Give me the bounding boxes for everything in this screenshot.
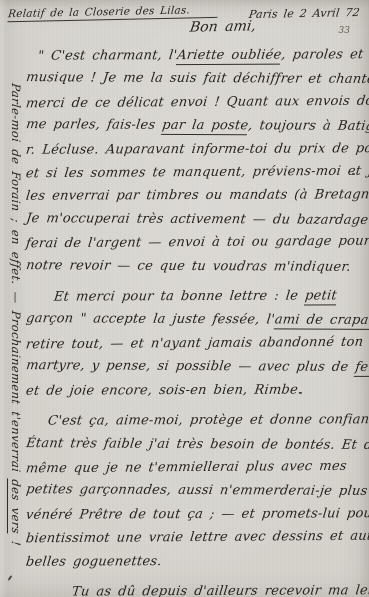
handwritten-line: les enverrai par timbres ou mandats (à B…: [25, 184, 369, 209]
handwritten-line: même que je ne t'emmiellerai plus avec m…: [24, 455, 369, 481]
text-segment: petites garçonnades, aussi n'emmerderai-…: [25, 482, 369, 499]
handwritten-line: belles goguenettes.: [25, 549, 369, 574]
paragraph: " C'est charmant, l'Ariette oubliée, par…: [26, 44, 369, 278]
text-segment: retire tout, — et n'ayant jamais abandon…: [25, 335, 364, 353]
text-segment: ferai de l'argent — envoi à toi ou garda…: [25, 234, 369, 252]
handwritten-line: et de joie encore, sois-en bien, Rimbe.: [25, 378, 369, 403]
text-segment: Tu as dû depuis d'ailleurs recevoir ma l…: [71, 583, 369, 597]
handwritten-line: musique ! Je me la suis fait déchiffrer …: [25, 67, 369, 92]
text-segment: Étant très faible j'ai très besoin de bo…: [25, 436, 369, 453]
handwritten-line: ferai de l'argent — envoi à toi ou garda…: [24, 230, 369, 256]
text-segment: Et merci pour ta bonne lettre : le: [53, 289, 306, 305]
text-segment: , paroles et: [281, 47, 365, 62]
text-segment: bientissimot une vraie lettre avec dessi…: [25, 529, 369, 547]
handwritten-line: notre revoir — ce que tu voudras m'indiq…: [25, 254, 369, 279]
text-segment: notre revoir — ce que tu voudras m'indiq…: [25, 258, 352, 275]
header-annotation: Relatif de la Closerie des Lilas.: [8, 3, 219, 23]
ink-speck: [352, 173, 355, 175]
handwritten-line: retire tout, — et n'ayant jamais abandon…: [24, 331, 369, 357]
handwritten-line: Je m'occuperai très activement — du baza…: [25, 207, 369, 232]
text-segment: les enverrai par timbres ou mandats (à B…: [25, 188, 369, 205]
paragraph: Et merci pour ta bonne lettre : le petit…: [26, 285, 369, 402]
underlined-phrase: Ariette oubliée: [176, 48, 282, 65]
handwritten-line: C'est ça, aime-moi, protège et donne con…: [25, 408, 369, 433]
margin-note-text: !: [9, 533, 23, 547]
handwritten-line: " C'est charmant, l'Ariette oubliée, par…: [25, 43, 369, 68]
handwritten-line: et si les sommes te manquent, préviens-m…: [24, 160, 369, 186]
handwritten-line: me parles, fais-les par la poste, toujou…: [25, 113, 369, 138]
text-segment: vénéré Prêtre de tout ça ; — et promets-…: [25, 506, 369, 523]
text-segment: et de joie encore, sois-en bien, Rimbe.: [25, 382, 303, 398]
handwritten-line: Tu as dû depuis d'ailleurs recevoir ma l…: [25, 579, 369, 597]
text-segment: Je m'occuperai très activement — du baza…: [25, 211, 369, 228]
handwritten-line: merci de ce délicat envoi ! Quant aux en…: [24, 89, 369, 115]
text-segment: r. Lécluse. Auparavant informe-toi du pr…: [25, 141, 369, 158]
ink-speck: [300, 392, 302, 394]
text-segment: belles goguenettes.: [25, 554, 162, 570]
header-annotation-text: Relatif de la Closerie des Lilas.: [8, 4, 219, 22]
underlined-phrase: par la poste: [161, 118, 249, 135]
paragraph: C'est ça, aime-moi, protège et donne con…: [26, 409, 369, 573]
page-number: 33: [339, 26, 350, 36]
text-segment: musique ! Je me la suis fait déchiffrer …: [25, 71, 369, 88]
handwritten-line: Et merci pour ta bonne lettre : le petit: [25, 284, 369, 309]
handwritten-line: petites garçonnades, aussi n'emmerderai-…: [25, 478, 369, 503]
handwritten-line: vénéré Prêtre de tout ça ; — et promets-…: [25, 502, 369, 527]
text-segment: merci de ce délicat envoi ! Quant aux en…: [25, 93, 369, 111]
margin-note-text: Parle-moi de Forain ; en effet. — Procha…: [9, 83, 23, 481]
text-segment: et si les sommes te manquent, préviens-m…: [25, 163, 369, 181]
text-segment: martyre, y pense, si possible — avec plu…: [25, 358, 356, 375]
underlined-phrase: ami de crapauds: [274, 313, 369, 330]
dateline: Paris le 2 Avril 72: [248, 6, 361, 21]
underlined-phrase: des vers: [8, 479, 24, 535]
text-segment: même que je ne t'emmiellerai plus avec m…: [25, 459, 348, 477]
text-segment: me parles, fais-les: [25, 117, 163, 133]
underlined-phrase: petit: [304, 288, 338, 305]
text-segment: garçon " accepte la juste fessée, l': [25, 312, 276, 328]
salutation: Bon ami,: [189, 18, 257, 35]
handwritten-line: martyre, y pense, si possible — avec plu…: [25, 354, 369, 379]
text-segment: , toujours à Batignolles,: [247, 118, 369, 134]
text-segment: " C'est charmant, l': [37, 48, 178, 64]
handwritten-line: Étant très faible j'ai très besoin de bo…: [25, 432, 369, 457]
text-segment: C'est ça, aime-moi, protège et donne con…: [47, 412, 369, 428]
underlined-phrase: ferveur: [354, 360, 369, 377]
letter-body: " C'est charmant, l'Ariette oubliée, par…: [26, 44, 369, 597]
handwritten-line: r. Lécluse. Auparavant informe-toi du pr…: [25, 137, 369, 162]
margin-note: Parle-moi de Forain ; en effet. — Procha…: [9, 83, 23, 596]
manuscript-page: Relatif de la Closerie des Lilas. Paris …: [0, 0, 369, 597]
handwritten-line: bientissimot une vraie lettre avec dessi…: [24, 525, 369, 551]
paragraph: Tu as dû depuis d'ailleurs recevoir ma l…: [26, 580, 369, 597]
handwritten-line: garçon " accepte la juste fessée, l'ami …: [25, 308, 369, 333]
